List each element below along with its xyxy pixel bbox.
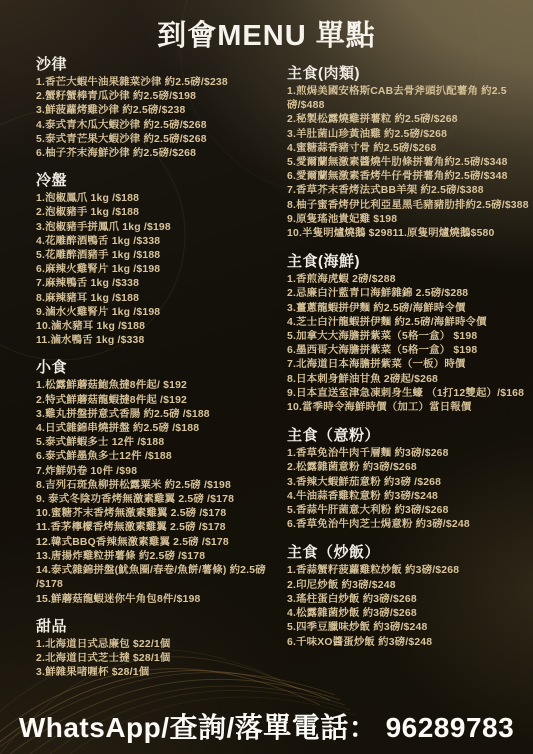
menu-item: 3.雞丸拼盤拼意式香腸 約2.5磅 /$188 — [36, 408, 287, 422]
menu-item: 6.香草免治牛肉芝士焗意粉 約3磅/$248 — [287, 518, 531, 532]
contact-phone-line: WhatsApp/查詢/落單電話： 96289783 — [0, 706, 533, 746]
page-title: 到會MENU 單點 — [0, 0, 533, 54]
menu-section: 沙律1.香芒大蝦牛油果雜菜沙律 約2.5磅/$2382.蟹籽蟹棒青瓜沙律 約2.… — [36, 56, 287, 161]
menu-item: 12.韓式BBQ香辣無激素雞翼 2.5磅 /$178 — [36, 536, 287, 550]
section-heading: 小食 — [36, 359, 287, 376]
menu-item: 9.原隻瑤池貴妃雞 $198 — [287, 213, 531, 227]
menu-item: 6.墨西哥大海膽拼紫菜（5格一盒） $198 — [287, 344, 531, 358]
menu-item: 14.泰式雜錦拼盤(魷魚圈/春卷/魚餅/薯條) 約2.5磅 /$178 — [36, 564, 287, 592]
menu-item: 2.印尼炒飯 約3磅/$248 — [287, 579, 531, 593]
menu-item: 9. 泰式冬陰功香烤無激素雞翼 2.5磅 /$178 — [36, 493, 287, 507]
menu-item: 15.鮮蘑菇龍蝦迷你牛角包8件/$198 — [36, 593, 287, 607]
menu-item: 4.芝士白汁龍蝦拼伊麵 約2.5磅/海鮮時令價 — [287, 316, 531, 330]
menu-section: 小食1.松露鮮蘑菇鮑魚撻8件起/ $1922.特式鮮蘑菇龍蝦撻8件起 /$192… — [36, 359, 287, 606]
menu-item: 10.半隻明爐燒鵝 $29811.原隻明爐燒鵝$580 — [287, 227, 531, 241]
menu-item: 2.秘製松露燒雞拼薯粒 約2.5磅/$268 — [287, 113, 531, 127]
menu-item: 5.泰式青芒果大蝦沙律 約2.5磅/$268 — [36, 133, 287, 147]
menu-item: 3.羊肚菌山珍黃油雞 約2.5磅/$268 — [287, 128, 531, 142]
menu-poster: 到會MENU 單點 沙律1.香芒大蝦牛油果雜菜沙律 約2.5磅/$2382.蟹籽… — [0, 0, 533, 754]
menu-item: 5.香蒜牛肝菌意大利粉 約3磅/$268 — [287, 504, 531, 518]
menu-item: 7.北海道日本海膽拼紫菜（一板）時價 — [287, 358, 531, 372]
menu-item: 4.泰式青木瓜大蝦沙律 約2.5磅/$268 — [36, 119, 287, 133]
section-heading: 主食（意粉） — [287, 427, 531, 444]
menu-item: 1.松露鮮蘑菇鮑魚撻8件起/ $192 — [36, 379, 287, 393]
menu-item: 11.滷水鴨舌 1kg /$338 — [36, 334, 287, 348]
menu-item: 10.蜜糖芥末香烤無激素雞翼 2.5磅 /$178 — [36, 507, 287, 521]
menu-item: 1.香草免治牛肉千層麵 約3磅/$268 — [287, 447, 531, 461]
menu-item: 5.四季豆臘味炒飯 約3磅/$248 — [287, 621, 531, 635]
menu-item: 5.加拿大大海膽拼紫菜（5格一盒） $198 — [287, 330, 531, 344]
section-heading: 主食(肉類) — [287, 65, 531, 82]
menu-item: 1.香蒜蟹籽菠蘿雞粒炒飯 約3磅/$268 — [287, 564, 531, 578]
menu-item: 3.泡椒豬手拼鳳爪 1kg /$198 — [36, 221, 287, 235]
menu-item: 10.當季時令海鮮時價（加工）當日報價 — [287, 401, 531, 415]
menu-item: 7.炸鮮奶卷 10件 /$98 — [36, 465, 287, 479]
menu-item: 3.瑤柱蛋白炒飯 約3磅/$268 — [287, 593, 531, 607]
section-heading: 沙律 — [36, 56, 287, 73]
menu-item: 2.北海道日式芝士撻 $28/1個 — [36, 652, 287, 666]
menu-item: 7.麻辣鴨舌 1kg /$338 — [36, 277, 287, 291]
menu-item: 5.花雕醉酒豬手 1kg /$188 — [36, 249, 287, 263]
menu-item: 9.滷水火雞腎片 1kg /$198 — [36, 306, 287, 320]
menu-item: 2.特式鮮蘑菇龍蝦撻8件起 /$192 — [36, 394, 287, 408]
menu-item: 3.鮮雜果啫喱杯 $28/1個 — [36, 666, 287, 680]
menu-section: 甜品1.北海道日式忌廉包 $22/1個2.北海道日式芝士撻 $28/1個3.鮮雜… — [36, 618, 287, 681]
menu-item: 4.花雕醉酒鴨舌 1kg /$338 — [36, 235, 287, 249]
menu-item: 6.愛爾蘭無激素香烤牛仔骨拼薯角約2.5磅/$348 — [287, 170, 531, 184]
menu-item: 8.吉列石斑魚柳拼松露粟米 約2.5磅 /$198 — [36, 479, 287, 493]
menu-section: 主食(海鮮)1.香煎海虎蝦 2磅/$2882.忌廉白汁藍青口海鮮雜錦 2.5磅/… — [287, 253, 531, 415]
menu-item: 13.唐揚炸雞粒拼薯條 約2.5磅 /$178 — [36, 550, 287, 564]
menu-item: 10.滷水豬耳 1kg /$188 — [36, 320, 287, 334]
menu-item: 1.北海道日式忌廉包 $22/1個 — [36, 638, 287, 652]
menu-item: 11.香茅檸檬香烤無激素雞翼 2.5磅 /$178 — [36, 521, 287, 535]
menu-item: 6.泰式鮮墨魚多士12件 /$188 — [36, 450, 287, 464]
menu-item: 1.香煎海虎蝦 2磅/$288 — [287, 273, 531, 287]
menu-item: 3.香辣大蝦鮮茄意粉 約3磅 /$268 — [287, 476, 531, 490]
menu-column-right: 主食(肉類)1.煎焗美國安格斯CAB去骨斧頭扒配薯角 約2.5磅/$4882.秘… — [287, 56, 531, 662]
menu-item: 9.日本直送室津急凍刺身生蠔 （1打12雙起）/$168 — [287, 387, 531, 401]
menu-item: 8.日本刺身鮮油甘魚 2磅起/$268 — [287, 373, 531, 387]
menu-item: 8.柚子蜜香烤伊比利亞星黑毛豬豬肋排約2.5磅/$388 — [287, 199, 531, 213]
menu-section: 冷盤1.泡椒鳳爪 1kg /$1882.泡椒豬手 1kg /$1883.泡椒豬手… — [36, 172, 287, 348]
menu-item: 1.煎焗美國安格斯CAB去骨斧頭扒配薯角 約2.5磅/$488 — [287, 85, 531, 113]
section-heading: 主食（炒飯） — [287, 544, 531, 561]
menu-item: 2.松露雜菌意粉 約3磅/$268 — [287, 461, 531, 475]
menu-column-left: 沙律1.香芒大蝦牛油果雜菜沙律 約2.5磅/$2382.蟹籽蟹棒青瓜沙律 約2.… — [36, 56, 287, 690]
menu-section: 主食（意粉）1.香草免治牛肉千層麵 約3磅/$2682.松露雜菌意粉 約3磅/$… — [287, 427, 531, 532]
menu-item: 3.鮮菠蘿烤雞沙律 約2.5磅/$238 — [36, 104, 287, 118]
menu-item: 6.柚子芥末海鮮沙律 約2.5磅/$268 — [36, 147, 287, 161]
menu-item: 2.蟹籽蟹棒青瓜沙律 約2.5磅/$198 — [36, 90, 287, 104]
menu-section: 主食(肉類)1.煎焗美國安格斯CAB去骨斧頭扒配薯角 約2.5磅/$4882.秘… — [287, 65, 531, 241]
section-heading: 冷盤 — [36, 172, 287, 189]
menu-item: 5.愛爾蘭無激素醬燒牛肋條拼薯角約2.5磅/$348 — [287, 156, 531, 170]
menu-item: 1.香芒大蝦牛油果雜菜沙律 約2.5磅/$238 — [36, 76, 287, 90]
section-heading: 主食(海鮮) — [287, 253, 531, 270]
menu-section: 主食（炒飯）1.香蒜蟹籽菠蘿雞粒炒飯 約3磅/$2682.印尼炒飯 約3磅/$2… — [287, 544, 531, 649]
menu-item: 4.日式雜錦串燒拼盤 約2.5磅 /$188 — [36, 422, 287, 436]
menu-item: 2.忌廉白汁藍青口海鮮雜錦 2.5磅/$288 — [287, 287, 531, 301]
menu-item: 5.泰式鮮蝦多士 12件 /$188 — [36, 436, 287, 450]
menu-item: 8.麻辣豬耳 1kg /$188 — [36, 292, 287, 306]
menu-columns: 沙律1.香芒大蝦牛油果雜菜沙律 約2.5磅/$2382.蟹籽蟹棒青瓜沙律 約2.… — [36, 56, 531, 690]
menu-item: 4.松露雜菌炒飯 約3磅/$268 — [287, 607, 531, 621]
menu-item: 6.千味XO醬蛋炒飯 約3磅/$248 — [287, 636, 531, 650]
menu-item: 2.泡椒豬手 1kg /$188 — [36, 206, 287, 220]
section-heading: 甜品 — [36, 618, 287, 635]
menu-item: 6.麻辣火雞腎片 1kg /$198 — [36, 263, 287, 277]
menu-item: 1.泡椒鳳爪 1kg /$188 — [36, 192, 287, 206]
menu-item: 4.牛油蒜香雞粒意粉 約3磅/$248 — [287, 490, 531, 504]
menu-item: 3.薑蔥龍蝦拼伊麵 約2.5磅/海鮮時令價 — [287, 302, 531, 316]
menu-item: 4.蜜糖蒜香豬寸骨 約2.5磅/$268 — [287, 142, 531, 156]
menu-item: 7.香草芥末香烤法式BB羊架 約2.5磅/$388 — [287, 184, 531, 198]
